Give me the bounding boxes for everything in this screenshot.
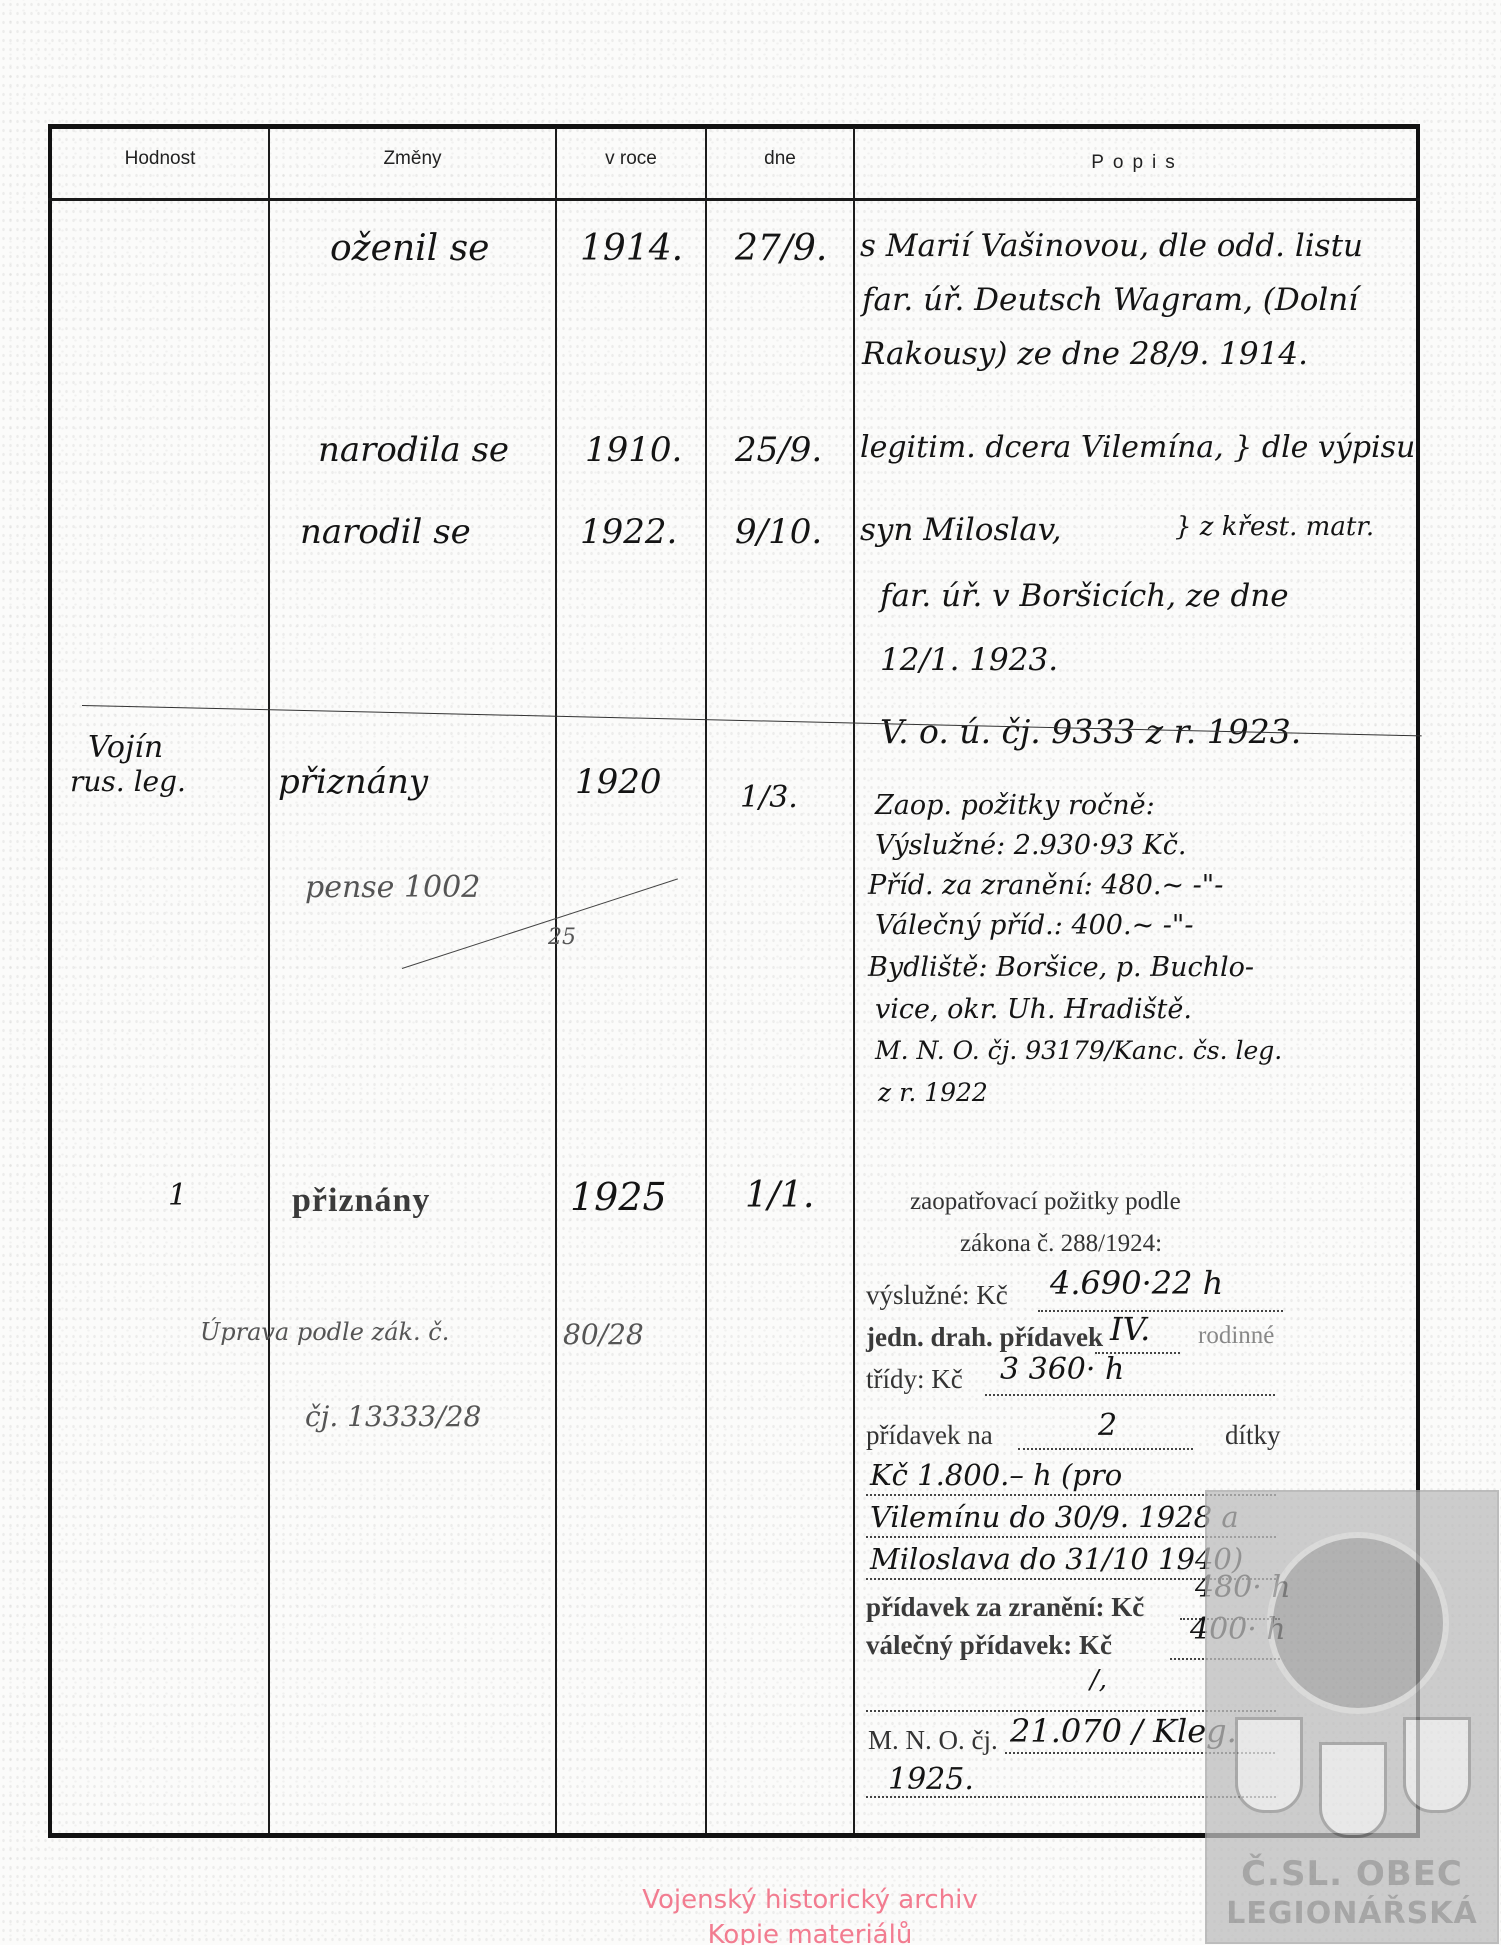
form-label: dítky (1225, 1420, 1281, 1451)
ditto-mark: /, (1090, 1665, 1107, 1695)
popis-line: syn Miloslav, (860, 512, 1061, 548)
popis-line: legitim. dcera Vilemína, } dle výpisu (860, 430, 1415, 465)
lion-shield-icon (1319, 1742, 1387, 1838)
form-value: 2 (1098, 1408, 1117, 1443)
pension-note-fraction: 25 (548, 925, 576, 950)
form-fill-line (985, 1394, 1275, 1396)
emblem-text-line1: Č.SL. OBEC (1215, 1854, 1489, 1894)
popis-line: Rakousy) ze dne 28/9. 1914. (862, 336, 1308, 372)
form-value: Miloslava do 31/10 1940) (870, 1542, 1243, 1576)
popis-line: M. N. O. čj. 93179/Kanc. čs. leg. (875, 1036, 1282, 1065)
popis-line: far. úř. Deutsch Wagram, (Dolní (862, 282, 1358, 318)
popis-line: Výslužné: 2.930·93 Kč. (875, 830, 1187, 861)
form-fill-line (1038, 1310, 1283, 1312)
v-roce-cell: 1925 (570, 1175, 667, 1219)
zmeny-cell: oženil se (330, 228, 489, 269)
hodnost-cell: 1 (168, 1178, 187, 1213)
popis-line: Příd. za zranění: 480.~ -"- (868, 870, 1223, 901)
form-label: přídavek na (866, 1420, 993, 1451)
form-label: třídy: Kč (866, 1364, 963, 1395)
form-value: Vilemínu do 30/9. 1928 a (870, 1500, 1239, 1534)
emblem-text-line2: LEGIONÁŘSKÁ (1215, 1896, 1489, 1931)
adjustment-note: čj. 13333/28 (305, 1400, 481, 1433)
form-value: 1925. (888, 1762, 974, 1797)
archive-stamp-line2: Kopie materiálů (560, 1920, 1060, 1945)
form-value: 21.070 / Kleg. (1010, 1712, 1237, 1750)
archive-stamp-line1: Vojenský historický archiv (560, 1885, 1060, 1915)
form-label: výslužné: Kč (866, 1280, 1008, 1311)
zmeny-cell: narodila se (318, 430, 509, 470)
header-divider (48, 198, 1420, 201)
column-header-hodnost: Hodnost (52, 148, 268, 170)
form-value: Kč 1.800.– h (pro (870, 1458, 1122, 1492)
column-header-zmeny: Změny (270, 148, 555, 170)
form-value: 4.690·22 h (1050, 1264, 1223, 1302)
soldier-helmet-icon (1267, 1532, 1449, 1714)
popis-line: Bydliště: Boršice, p. Buchlo- (868, 952, 1254, 983)
zmeny-cell: přiznány (278, 762, 428, 802)
dne-cell: 1/1. (745, 1175, 814, 1216)
form-label: M. N. O. čj. (868, 1725, 998, 1756)
popis-line: 12/1. 1923. (880, 642, 1058, 678)
column-divider (268, 128, 270, 1833)
hodnost-cell: Vojín (88, 730, 163, 765)
eagle-shield-icon (1403, 1717, 1471, 1813)
form-label: válečný přídavek: Kč (866, 1630, 1112, 1661)
v-roce-cell: 1920 (575, 762, 662, 802)
form-value: IV. (1110, 1310, 1150, 1348)
form-label: rodinné (1198, 1322, 1274, 1350)
popis-line: } z křest. matr. (1175, 512, 1374, 542)
dne-cell: 9/10. (735, 512, 822, 552)
coat-of-arms-icon (1235, 1717, 1303, 1813)
popis-line: Zaop. požitky ročně: (875, 790, 1155, 821)
popis-line: s Marií Vašinovou, dle odd. listu (860, 228, 1363, 264)
v-roce-cell: 1910. (585, 430, 682, 470)
dne-cell: 1/3. (740, 780, 798, 815)
zmeny-cell: přiznány (292, 1182, 430, 1220)
popis-line: far. úř. v Boršicích, ze dne (880, 578, 1289, 614)
column-header-dne: dne (707, 148, 853, 170)
adjustment-note-ref: 80/28 (563, 1318, 644, 1351)
hodnost-cell: rus. leg. (70, 765, 186, 798)
form-fill-line (1018, 1448, 1193, 1450)
dne-cell: 25/9. (735, 430, 822, 470)
adjustment-note: Úprava podle zák. č. (200, 1318, 449, 1346)
column-header-popis: Popis (855, 152, 1420, 174)
popis-line: vice, okr. Uh. Hradiště. (875, 994, 1192, 1025)
pension-note: pense 1002 (305, 870, 480, 905)
form-value: 3 360· h (1000, 1352, 1124, 1387)
form-title: zákona č. 288/1924: (960, 1230, 1162, 1258)
form-title: zaopatřovací požitky podle (910, 1188, 1181, 1216)
column-divider (705, 128, 707, 1833)
column-divider (853, 128, 855, 1833)
v-roce-cell: 1914. (580, 228, 683, 269)
v-roce-cell: 1922. (580, 512, 677, 552)
column-divider (555, 128, 557, 1833)
dne-cell: 27/9. (735, 228, 827, 269)
column-header-v-roce: v roce (557, 148, 705, 170)
legion-emblem-watermark: Č.SL. OBEC LEGIONÁŘSKÁ (1205, 1490, 1499, 1944)
form-label: jedn. drah. přídavek (866, 1322, 1103, 1353)
popis-line: z r. 1922 (878, 1078, 988, 1107)
zmeny-cell: narodil se (300, 512, 471, 552)
popis-line: Válečný příd.: 400.~ -"- (875, 910, 1193, 941)
form-label: přídavek za zranění: Kč (866, 1592, 1144, 1623)
